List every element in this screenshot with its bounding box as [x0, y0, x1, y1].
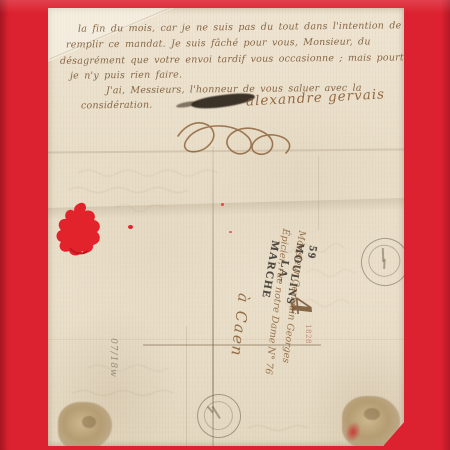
- letter-line: je n'y puis rien faire.: [70, 69, 182, 81]
- wax-seal-detail: [82, 416, 96, 428]
- letter-line: considération.: [81, 100, 153, 112]
- letter-paper: la fin du mois, car je ne suis pas du to…: [48, 8, 404, 446]
- red-wax-speck: [221, 203, 224, 206]
- wax-seal-detail: [364, 408, 380, 420]
- red-wax-speck: [128, 225, 133, 229]
- faint-year-note: 1828: [304, 324, 312, 344]
- photo: la fin du mois, car je ne suis pas du to…: [0, 0, 450, 450]
- red-wax-speck: [229, 231, 232, 233]
- pencil-code: 07/18w: [108, 333, 118, 383]
- signature-paraph: [166, 108, 346, 163]
- red-wax-remnant: [56, 198, 108, 268]
